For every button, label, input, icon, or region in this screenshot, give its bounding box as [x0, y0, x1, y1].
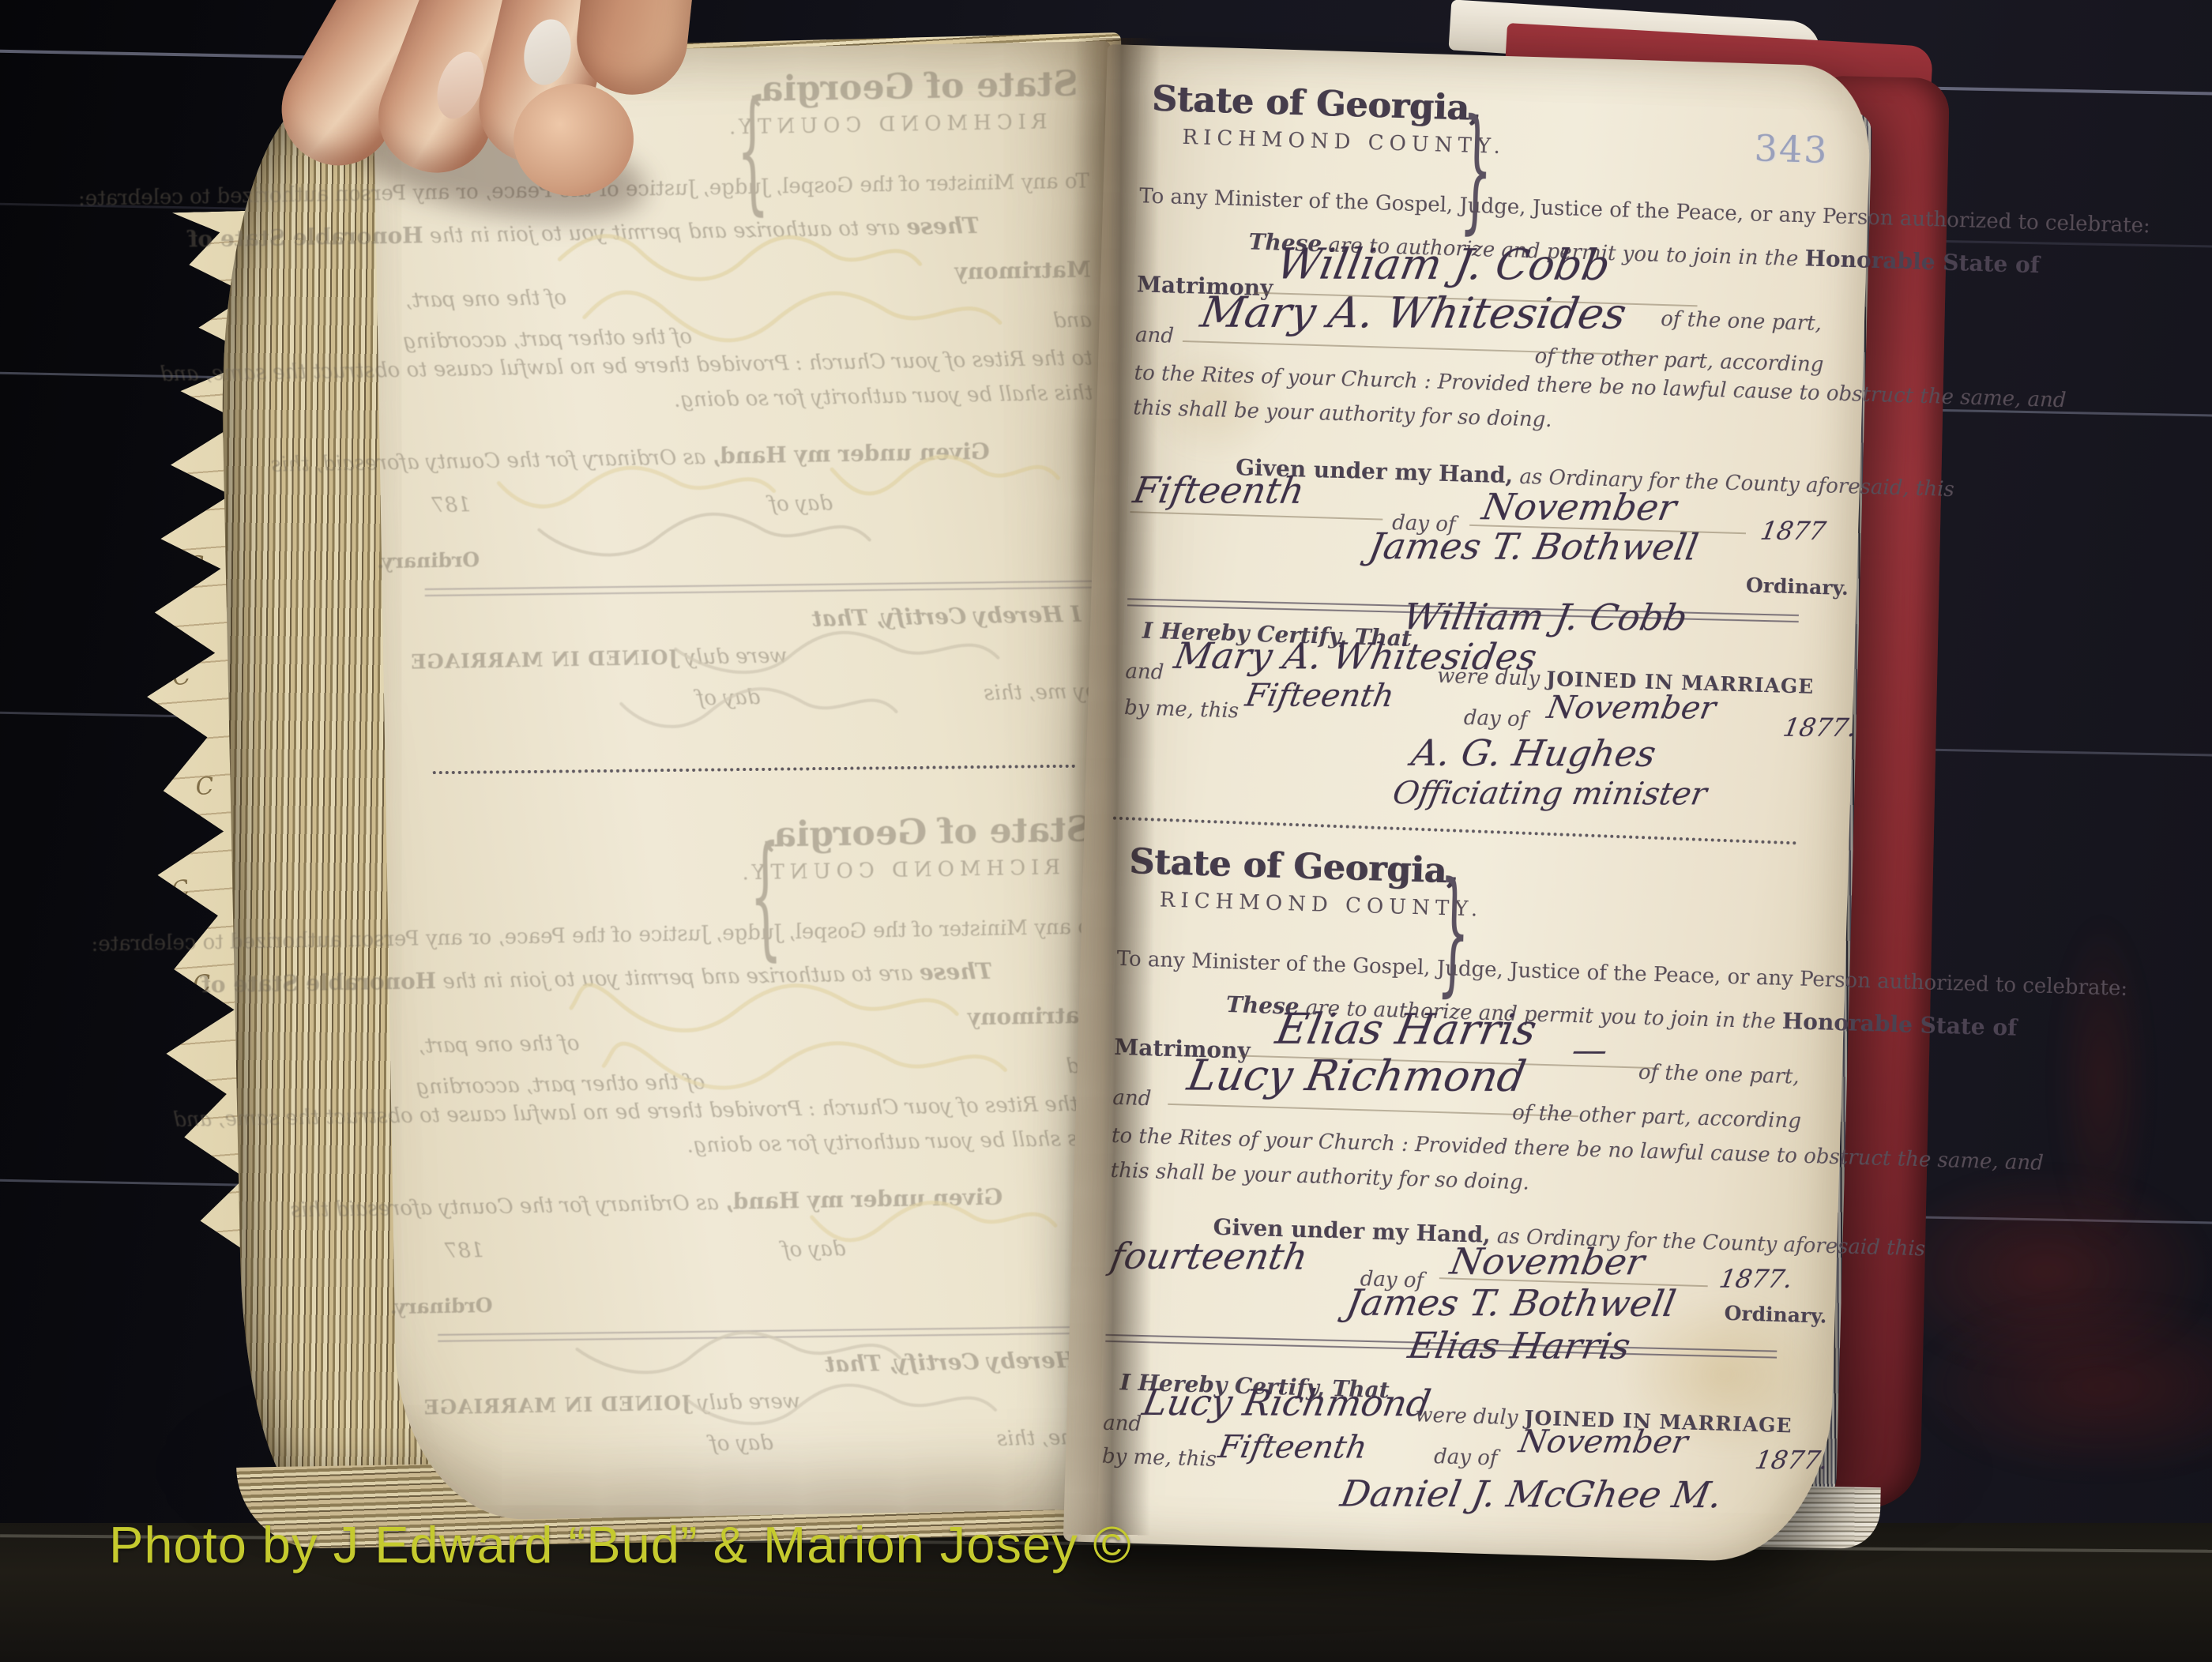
- ghost-one-part: of the one part,: [405, 286, 566, 313]
- officiant-title: Officiating minister: [1390, 775, 1710, 812]
- certify-bride-name: Lucy Richmond: [1139, 1381, 1434, 1424]
- ghost-year-prefix: 187: [431, 493, 471, 517]
- faint-signature-squiggle: [616, 675, 901, 735]
- ghost-ordinary-label: Ordinary.: [389, 1294, 492, 1318]
- entry-line: [1130, 511, 1382, 520]
- right-page: 343 State of Georgia, RICHMOND COUNTY. }…: [1063, 44, 1872, 1564]
- ordinary-signature: James T. Bothwell: [1366, 525, 1702, 568]
- faint-signature-squiggle: [683, 1372, 1000, 1435]
- ghost-state-header: State of Georgia,: [748, 64, 1078, 110]
- book-gutter-shadow: [1063, 38, 1160, 1536]
- license-year: 1877.: [1717, 1264, 1795, 1294]
- day-of-label: day of: [1434, 1445, 1498, 1470]
- one-part-text: of the one part,: [1638, 1061, 1800, 1089]
- edge-letter: C: [186, 408, 207, 437]
- ordinary-signature: James T. Bothwell: [1343, 1281, 1679, 1325]
- record-county-header: RICHMOND COUNTY.: [1182, 126, 1506, 159]
- authority-line: this shall be your authority for so doin…: [1110, 1159, 1529, 1195]
- faint-signature-squiggle: [671, 618, 1003, 682]
- bride-name: Lucy Richmond: [1183, 1051, 1529, 1101]
- groom-name: William J. Cobb: [1273, 239, 1614, 290]
- ghost-county-header: RICHMOND COUNTY.: [724, 110, 1048, 139]
- certify-groom-name: Elias Harris: [1405, 1324, 1634, 1367]
- ghost-authority: this shall be your authority for so doin…: [674, 381, 1093, 412]
- ghost-county-header: RICHMOND COUNTY.: [736, 855, 1060, 885]
- ghost-brace: }: [735, 73, 769, 229]
- header-brace: }: [1435, 854, 1472, 1011]
- groom-name: Elias Harris: [1272, 1004, 1540, 1055]
- left-page: State of Georgia, RICHMOND COUNTY. } To …: [373, 41, 1136, 1521]
- edge-letter: C: [185, 551, 206, 581]
- one-part-text: of the one part,: [1661, 307, 1823, 336]
- faint-handwriting-squiggle: [826, 442, 1063, 501]
- ordinary-label: Ordinary.: [1746, 573, 1849, 600]
- license-month: November: [1479, 485, 1680, 528]
- ordinary-label: Ordinary.: [1724, 1302, 1827, 1328]
- other-part-text: of the other part, according: [1512, 1101, 1802, 1134]
- license-year: 1877: [1759, 516, 1829, 546]
- photo-credit-watermark: Photo by J Edward “Bud” & Marion Josey ©: [109, 1515, 1132, 1574]
- certify-day: Fifteenth: [1243, 678, 1397, 714]
- ghost-state-header: State of Georgia,: [761, 810, 1091, 855]
- certify-month: November: [1544, 690, 1719, 727]
- bride-name: Mary A. Whitesides: [1197, 288, 1631, 339]
- faint-handwriting-squiggle: [577, 276, 1005, 352]
- faint-signature-squiggle: [534, 500, 875, 564]
- ghost-authority: this shall be your authority for so doin…: [687, 1126, 1106, 1157]
- officiant-signature: Daniel J. McGhee M.: [1337, 1472, 1725, 1516]
- header-brace: }: [1458, 91, 1495, 248]
- certify-groom-name: William J. Cobb: [1400, 596, 1691, 639]
- edge-letter: C: [169, 874, 193, 905]
- faint-signature-squiggle: [572, 1318, 905, 1382]
- other-part-text: of the other part, according: [1534, 344, 1824, 377]
- certify-year: 1877.: [1781, 713, 1859, 743]
- faint-handwriting-squiggle: [807, 1189, 1060, 1249]
- marriage-record-2: State of Georgia, RICHMOND COUNTY. } To …: [1099, 841, 1815, 1589]
- red-smudge: [2054, 916, 2149, 1248]
- marriage-record-1: State of Georgia, RICHMOND COUNTY. } To …: [1121, 78, 1838, 825]
- record-county-header: RICHMOND COUNTY.: [1159, 888, 1483, 921]
- record-state-header: State of Georgia,: [1129, 841, 1460, 891]
- officiant-signature: A. G. Hughes: [1409, 731, 1660, 775]
- day-of-label: day of: [1463, 706, 1527, 731]
- ghost-double-rule: [425, 581, 1097, 596]
- certify-month: November: [1516, 1423, 1691, 1461]
- license-month: November: [1447, 1240, 1648, 1284]
- certify-year: 1877.: [1753, 1445, 1831, 1475]
- record-state-header: State of Georgia,: [1151, 79, 1482, 129]
- ghost-record: State of Georgia, RICHMOND COUNTY. } To …: [405, 809, 1113, 1547]
- ghost-one-part: of the one part,: [419, 1032, 580, 1058]
- ghost-year-prefix: 187: [444, 1239, 483, 1263]
- ghost-ordinary-label: Ordinary.: [377, 548, 480, 573]
- ghost-day-of: day of: [709, 1431, 773, 1456]
- authority-line: this shall be your authority for so doin…: [1133, 396, 1552, 432]
- edge-letter: C: [194, 773, 215, 802]
- faint-handwriting-squiggle: [599, 1025, 1010, 1099]
- edge-letter: C: [160, 476, 184, 507]
- edge-letter: C: [170, 661, 193, 692]
- photo-of-marriage-record-book: C C C C C C C C State of Georgia, RICHMO…: [0, 0, 2212, 1662]
- ghost-brace: }: [748, 818, 782, 974]
- certify-day: Fifteenth: [1216, 1429, 1370, 1465]
